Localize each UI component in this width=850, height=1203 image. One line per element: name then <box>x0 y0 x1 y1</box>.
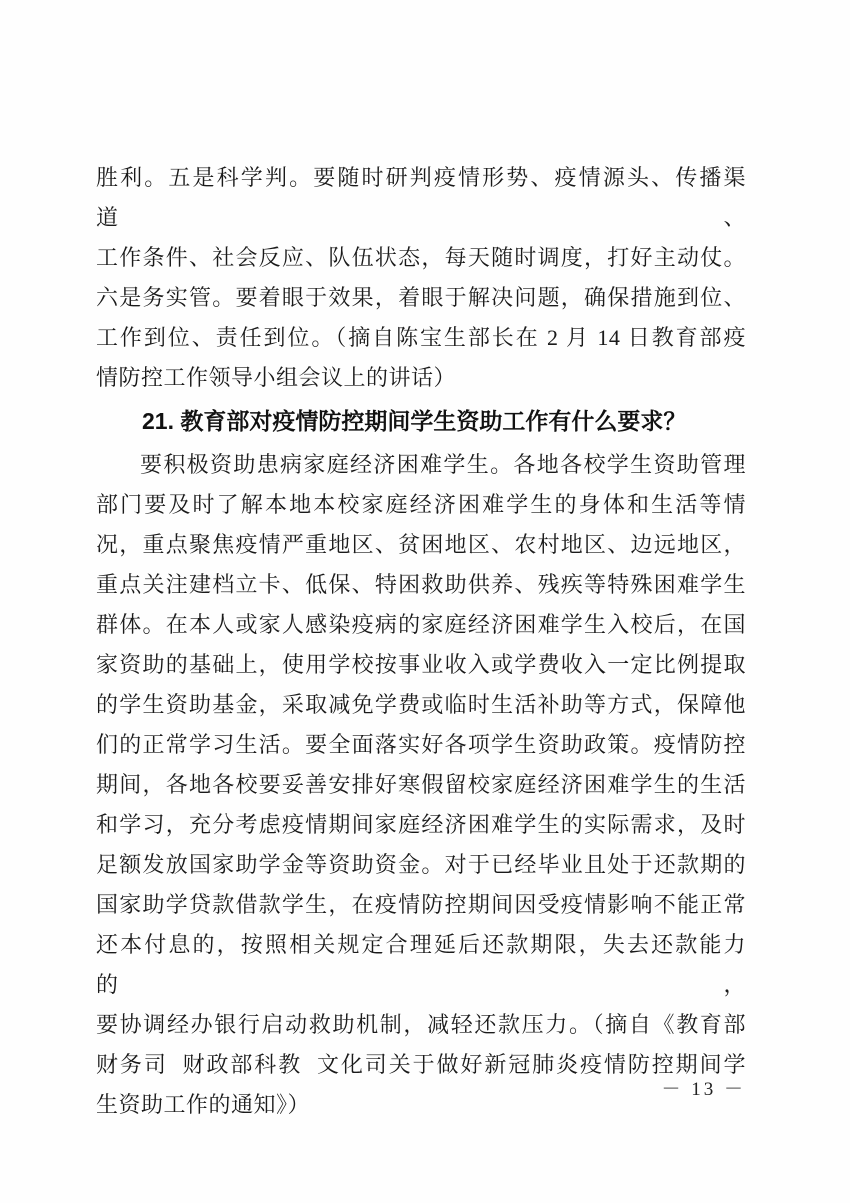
page-number: － 13 － <box>661 1074 746 1101</box>
text-line: 工作条件、社会反应、队伍状态，每天随时调度，打好主动仗。 <box>96 238 746 278</box>
paragraph-continued: 胜利。五是科学判。要随时研判疫情形势、疫情源头、传播渠道、工作条件、社会反应、队… <box>96 158 746 398</box>
text-line: 的学生资助基金，采取减免学费或临时生活补助等方式，保障他 <box>96 685 746 725</box>
paragraph-answer: 要积极资助患病家庭经济困难学生。各地各校学生资助管理部门要及时了解本地本校家庭经… <box>96 445 746 1125</box>
text-line: 和学习，充分考虑疫情期间家庭经济困难学生的实际需求，及时 <box>96 805 746 845</box>
text-line: 重点关注建档立卡、低保、特困救助供养、残疾等特殊困难学生 <box>96 565 746 605</box>
text-line: 要积极资助患病家庭经济困难学生。各地各校学生资助管理 <box>96 445 746 485</box>
text-line: 况，重点聚焦疫情严重地区、贫困地区、农村地区、边远地区， <box>96 525 746 565</box>
text-line: 工作到位、责任到位。（摘自陈宝生部长在 2 月 14 日教育部疫 <box>96 318 746 358</box>
text-line: 要协调经办银行启动救助机制，减轻还款压力。（摘自《教育部 <box>96 1005 746 1045</box>
text-line: 足额发放国家助学金等资助资金。对于已经毕业且处于还款期的 <box>96 845 746 885</box>
text-line: 部门要及时了解本地本校家庭经济困难学生的身体和生活等情 <box>96 485 746 525</box>
text-line: 还本付息的，按照相关规定合理延后还款期限，失去还款能力的， <box>96 925 746 1005</box>
document-page: 胜利。五是科学判。要随时研判疫情形势、疫情源头、传播渠道、工作条件、社会反应、队… <box>0 0 850 1203</box>
question-heading: 21. 教育部对疫情防控期间学生资助工作有什么要求？ <box>96 401 746 441</box>
text-line: 们的正常学习生活。要全面落实好各项学生资助政策。疫情防控 <box>96 725 746 765</box>
text-line: 群体。在本人或家人感染疫病的家庭经济困难学生入校后，在国 <box>96 605 746 645</box>
text-line: 六是务实管。要着眼于效果，着眼于解决问题，确保措施到位、 <box>96 278 746 318</box>
text-line: 家资助的基础上，使用学校按事业收入或学费收入一定比例提取 <box>96 645 746 685</box>
text-line: 期间，各地各校要妥善安排好寒假留校家庭经济困难学生的生活 <box>96 765 746 805</box>
body-text: 胜利。五是科学判。要随时研判疫情形势、疫情源头、传播渠道、工作条件、社会反应、队… <box>96 158 746 1125</box>
text-line: 胜利。五是科学判。要随时研判疫情形势、疫情源头、传播渠道、 <box>96 158 746 238</box>
text-line: 情防控工作领导小组会议上的讲话） <box>96 358 746 398</box>
text-line: 财务司 财政部科教 文化司关于做好新冠肺炎疫情防控期间学 <box>96 1045 746 1085</box>
text-line: 国家助学贷款借款学生，在疫情防控期间因受疫情影响不能正常 <box>96 885 746 925</box>
text-line: 生资助工作的通知》） <box>96 1085 746 1125</box>
